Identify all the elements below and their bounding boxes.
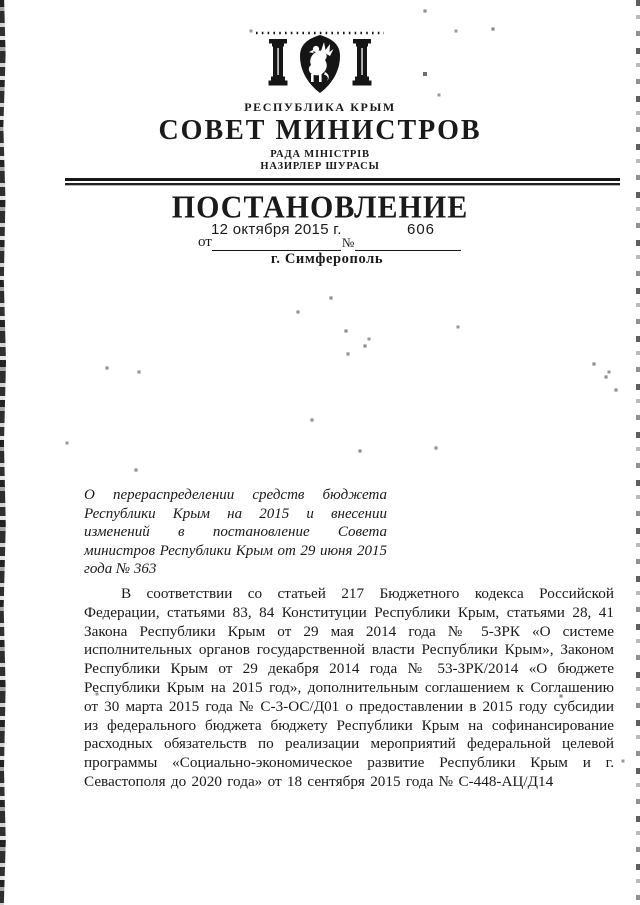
- authority-name-ukrainian: РАДА МІНІСТРІВ: [0, 149, 640, 160]
- number-sign-label: №: [341, 235, 355, 251]
- crimea-coat-of-arms-icon: [253, 30, 387, 96]
- document-body-paragraph: В соответствии со статьей 217 Бюджетного…: [84, 585, 614, 792]
- number-blank-underline: [355, 237, 461, 251]
- scanned-document-page: РЕСПУБЛИКА КРЫМ СОВЕТ МИНИСТРОВ РАДА МІН…: [0, 0, 640, 905]
- scan-noise-speckles: [0, 0, 2, 2]
- from-label: от: [198, 234, 212, 251]
- authority-name-crimean-tatar: НАЗИРЛЕР ШУРАСЫ: [0, 161, 640, 172]
- document-subject: О перераспределении средств бюджета Респ…: [84, 486, 387, 579]
- date-number-blank-line: от№: [198, 234, 461, 250]
- issuing-city: г. Симферополь: [14, 251, 640, 268]
- republic-name: РЕСПУБЛИКА КРЫМ: [0, 100, 640, 115]
- date-blank-underline: [212, 237, 341, 251]
- letterhead-emblem: [0, 30, 640, 101]
- authority-name-russian: СОВЕТ МИНИСТРОВ: [0, 115, 640, 147]
- letterhead-divider-rule: [65, 178, 620, 185]
